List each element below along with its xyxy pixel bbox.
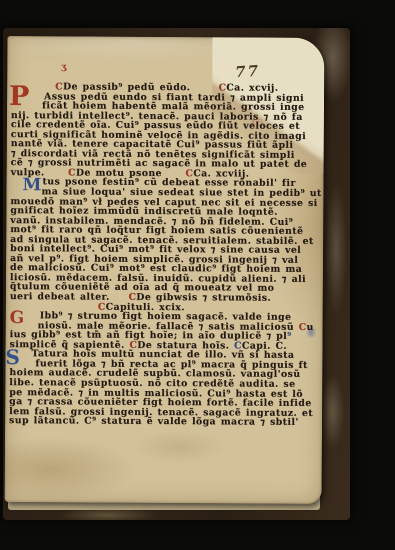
illuminated-initial-P: P xyxy=(9,84,30,110)
ink-text: u xyxy=(306,322,313,333)
photo-background: 77 45 ʒ CDe passib⁹ pedũ eũdo. CCa. xcvi… xyxy=(0,0,395,550)
illuminated-initial-S: S xyxy=(5,348,20,367)
folio-number: 77 xyxy=(235,62,261,82)
ink-text: sup lãtancũ. C⁹ statura ẽ valde lõga mac… xyxy=(9,415,299,428)
rubric-blue-text: ⁹ xyxy=(287,331,292,342)
rubric-red-text: C xyxy=(299,321,307,332)
illuminated-initial-G: G xyxy=(10,310,25,327)
illuminated-initial-M: M xyxy=(22,177,41,194)
red-margin-mark: ʒ xyxy=(61,62,66,72)
text-block: CDe passib⁹ pedũ eũdo. CCa. xcvij.Assus … xyxy=(7,82,315,432)
text-line: sup lãtancũ. C⁹ statura ẽ valde lõga mac… xyxy=(7,416,313,427)
manuscript-page: 77 45 ʒ CDe passib⁹ pedũ eũdo. CCa. xcvi… xyxy=(5,36,325,504)
